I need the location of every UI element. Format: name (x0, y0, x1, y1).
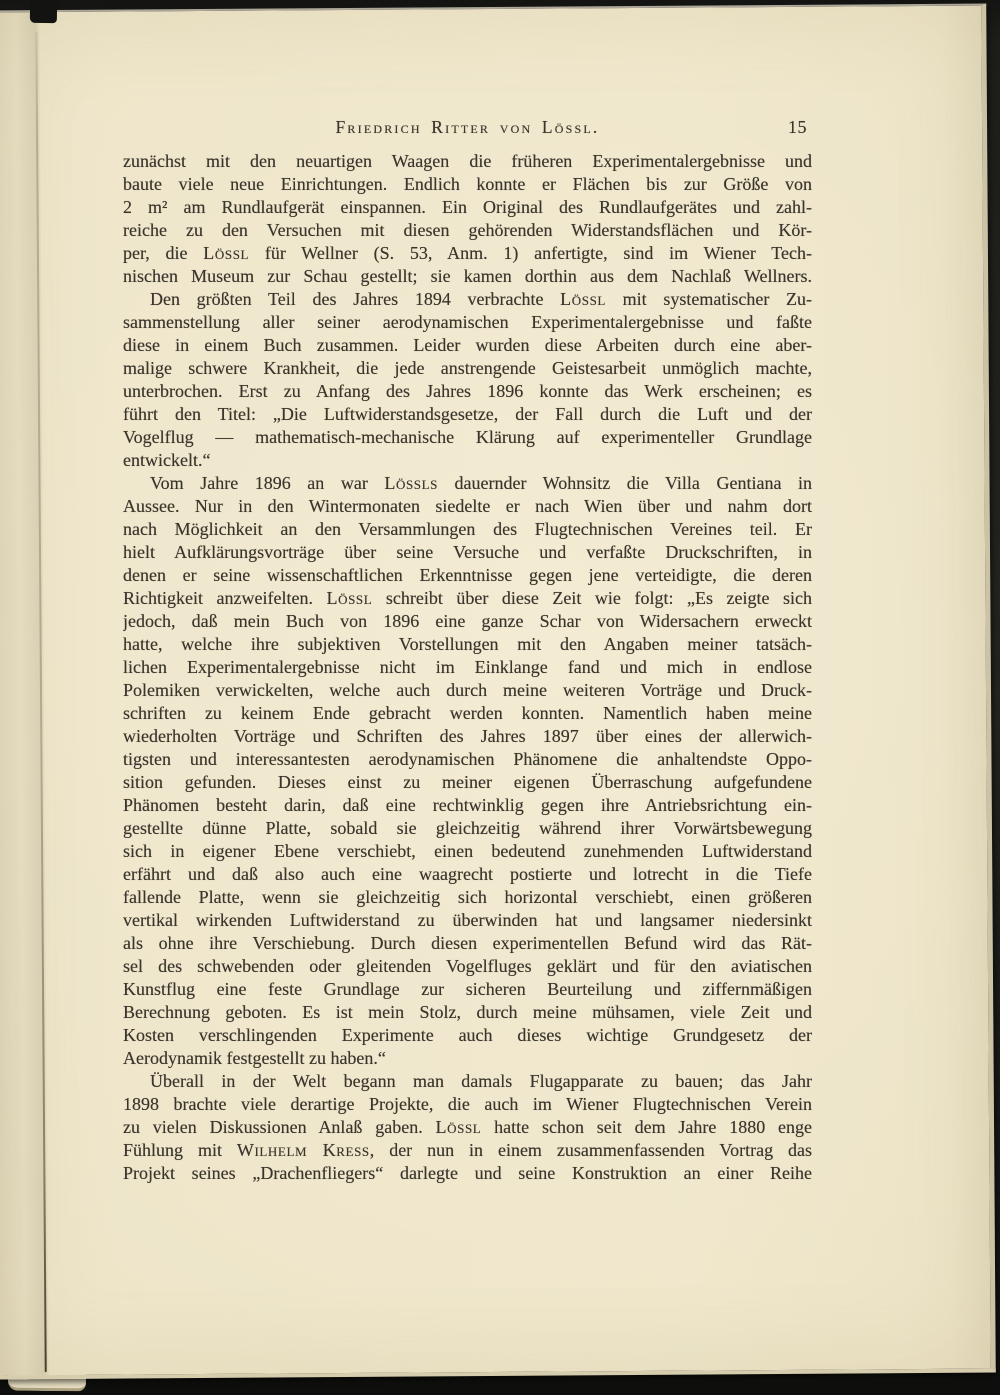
text-line: Polemiken verwickelten, welche auch durc… (123, 679, 812, 702)
text-line: Kunstflug eine feste Grundlage zur siche… (123, 978, 812, 1001)
text-line: gestellte dünne Platte, sobald sie gleic… (123, 817, 812, 840)
page-number: 15 (788, 116, 807, 138)
text-line: Kosten verschlingenden Experimente auch … (123, 1024, 812, 1047)
text-line: Den größten Teil des Jahres 1894 verbrac… (123, 288, 812, 311)
text-line: unterbrochen. Erst zu Anfang des Jahres … (123, 380, 812, 403)
text-line: entwickelt.“ (123, 449, 812, 472)
text-line: tigsten und interessantesten aerodynamis… (123, 748, 812, 771)
book-scan: Friedrich Ritter von Lössl. 15 zunächst … (0, 0, 1000, 1395)
page-header: Friedrich Ritter von Lössl. 15 (123, 116, 812, 138)
text-line: 1898 brachte viele derartige Projekte, d… (123, 1093, 812, 1116)
text-line: als ohne ihre Verschiebung. Durch diesen… (123, 932, 812, 955)
text-line: hielt Aufklärungsvorträge über seine Ver… (123, 541, 812, 564)
text-line: sammenstellung aller seiner aerodynamisc… (123, 311, 812, 334)
text-line: Überall in der Welt begann man damals Fl… (123, 1070, 812, 1093)
text-line: Aussee. Nur in den Wintermonaten siedelt… (123, 495, 812, 518)
text-line: hatte, welche ihre subjektiven Vorstellu… (123, 633, 812, 656)
text-line: sition gefunden. Dieses einst zu meiner … (123, 771, 812, 794)
body-text: zunächst mit den neuartigen Waagen die f… (123, 150, 812, 1185)
text-line: 2 m² am Rundlaufgerät einspannen. Ein Or… (123, 196, 812, 219)
text-line: zunächst mit den neuartigen Waagen die f… (123, 150, 812, 173)
text-line: Aerodynamik festgestellt zu haben.“ (123, 1047, 812, 1070)
text-line: fallende Platte, wenn sie gleichzeitig s… (123, 886, 812, 909)
text-line: Vom Jahre 1896 an war Lössls dauernder W… (123, 472, 812, 495)
text-line: schriften zu keinem Ende gebracht werden… (123, 702, 812, 725)
page-content: Friedrich Ritter von Lössl. 15 zunächst … (0, 0, 1000, 1395)
text-line: sel des schwebenden oder gleitenden Voge… (123, 955, 812, 978)
text-line: lichen Experimentalergebnisse nicht im E… (123, 656, 812, 679)
text-line: zu vielen Diskussionen Anlaß gaben. Löss… (123, 1116, 812, 1139)
text-line: denen er seine wissenschaftlichen Erkenn… (123, 564, 812, 587)
text-line: malige schwere Krankheit, die jede anstr… (123, 357, 812, 380)
text-line: Berechnung geboten. Es ist mein Stolz, d… (123, 1001, 812, 1024)
text-line: sich in eigener Ebene verschiebt, einen … (123, 840, 812, 863)
text-line: Vogelflug — mathematisch-mechanische Klä… (123, 426, 812, 449)
text-line: Phänomen besteht darin, daß eine rechtwi… (123, 794, 812, 817)
text-line: wiederholten Vorträge und Schriften des … (123, 725, 812, 748)
text-line: nischen Museum zur Schau gestellt; sie k… (123, 265, 812, 288)
text-line: führt den Titel: „Die Luftwiderstandsges… (123, 403, 812, 426)
text-line: erfährt und daß also auch eine waagrecht… (123, 863, 812, 886)
text-line: jedoch, daß mein Buch von 1896 eine ganz… (123, 610, 812, 633)
text-line: Richtigkeit anzweifelten. Lössl schreibt… (123, 587, 812, 610)
scanner-background: { "page": { "header": { "title": "Friedr… (0, 0, 1000, 1395)
text-line: Projekt seines „Drachenfliegers“ darlegt… (123, 1162, 812, 1185)
text-line: diese in einem Buch zusammen. Leider wur… (123, 334, 812, 357)
text-line: Fühlung mit Wilhelm Kress, der nun in ei… (123, 1139, 812, 1162)
running-title: Friedrich Ritter von Lössl. (336, 117, 600, 137)
text-line: vertikal wirkenden Luftwiderstand zu übe… (123, 909, 812, 932)
text-line: nach Möglichkeit an den Versammlungen de… (123, 518, 812, 541)
text-line: reiche zu den Versuchen mit diesen gehör… (123, 219, 812, 242)
text-line: baute viele neue Einrichtungen. Endlich … (123, 173, 812, 196)
text-line: per, die Lössl für Wellner (S. 53, Anm. … (123, 242, 812, 265)
